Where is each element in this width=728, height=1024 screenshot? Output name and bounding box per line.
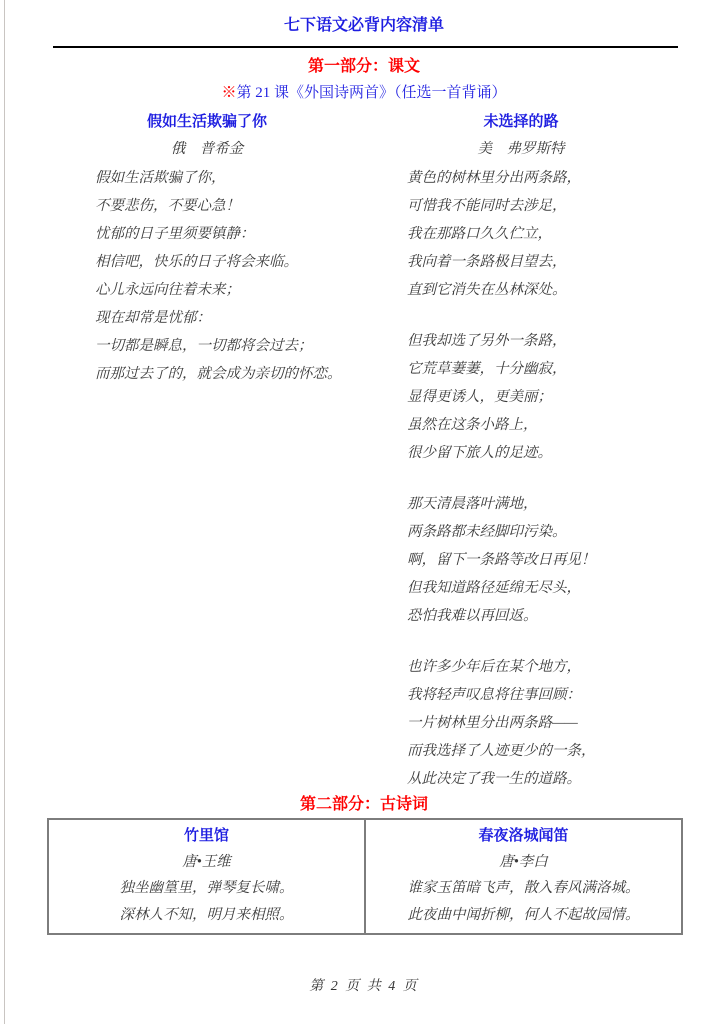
- poem-line: 但我知道路径延绵无尽头，: [407, 574, 678, 602]
- section2-heading: 第二部分：古诗词: [0, 795, 728, 815]
- poem-line: 而那过去了的，就会成为亲切的怀恋。: [95, 360, 364, 388]
- poem-column-right: 未选择的路 美 弗罗斯特 黄色的树林里分出两条路，可惜我不能同时去涉足，我在那路…: [364, 109, 678, 793]
- classical-poems-table: 竹里馆 唐•王维 独坐幽篁里，弹琴复长啸。深林人不知，明月来相照。 春夜洛城闻笛…: [47, 818, 683, 935]
- poem-line: 相信吧，快乐的日子将会来临。: [95, 248, 364, 276]
- poem-line: 心儿永远向往着未来；: [95, 276, 364, 304]
- gushi-left-author: 唐•王维: [49, 849, 364, 875]
- poem-line: 它荒草萋萋，十分幽寂，: [407, 355, 678, 383]
- poem-line: 显得更诱人，更美丽；: [407, 383, 678, 411]
- poem-line: 可惜我不能同时去涉足，: [407, 192, 678, 220]
- poem-left-stanza: 假如生活欺骗了你，不要悲伤，不要心急！忧郁的日子里须要镇静：相信吧，快乐的日子将…: [50, 164, 364, 388]
- document-title: 七下语文必背内容清单: [0, 0, 728, 36]
- poem-right-body: 黄色的树林里分出两条路，可惜我不能同时去涉足，我在那路口久久伫立，我向着一条路极…: [364, 164, 678, 793]
- page-number: 第 2 页 共 4 页: [0, 977, 728, 997]
- poem-left-title: 假如生活欺骗了你: [50, 109, 364, 135]
- poem-line: 从此决定了我一生的道路。: [407, 765, 678, 793]
- poem-line: 我向着一条路极目望去，: [407, 248, 678, 276]
- poem-line: 忧郁的日子里须要镇静：: [95, 220, 364, 248]
- poem-right-stanza-3: 那天清晨落叶满地，两条路都未经脚印污染。啊，留下一条路等改日再见！但我知道路径延…: [364, 490, 678, 630]
- poem-right-stanza-1: 黄色的树林里分出两条路，可惜我不能同时去涉足，我在那路口久久伫立，我向着一条路极…: [364, 164, 678, 304]
- poem-line: 那天清晨落叶满地，: [407, 490, 678, 518]
- asterisk-marker-icon: ※: [221, 85, 236, 101]
- gushi-left-lines: 独坐幽篁里，弹琴复长啸。深林人不知，明月来相照。: [49, 875, 364, 929]
- poem-line: 我在那路口久久伫立，: [407, 220, 678, 248]
- table-cell-chunyeluocheng: 春夜洛城闻笛 唐•李白 谁家玉笛暗飞声，散入春风满洛城。此夜曲中闻折柳，何人不起…: [365, 819, 682, 934]
- poem-line: 谁家玉笛暗飞声，散入春风满洛城。: [366, 875, 681, 902]
- poem-line: 恐怕我难以再回返。: [407, 602, 678, 630]
- poem-line: 不要悲伤，不要心急！: [95, 192, 364, 220]
- poem-line: 而我选择了人迹更少的一条，: [407, 737, 678, 765]
- poem-line: 很少留下旅人的足迹。: [407, 439, 678, 467]
- gushi-right-lines: 谁家玉笛暗飞声，散入春风满洛城。此夜曲中闻折柳，何人不起故园情。: [366, 875, 681, 929]
- poem-line: 啊，留下一条路等改日再见！: [407, 546, 678, 574]
- gushi-right-author: 唐•李白: [366, 849, 681, 875]
- poem-right-stanza-4: 也许多少年后在某个地方，我将轻声叹息将往事回顾：一片树林里分出两条路——而我选择…: [364, 653, 678, 793]
- poem-right-author: 美 弗罗斯特: [364, 135, 678, 163]
- poem-line: 但我却选了另外一条路，: [407, 327, 678, 355]
- poem-line: 我将轻声叹息将往事回顾：: [407, 681, 678, 709]
- poem-right-title: 未选择的路: [364, 109, 678, 135]
- poem-line: 一切都是瞬息，一切都将会过去；: [95, 332, 364, 360]
- poem-left-author: 俄 普希金: [50, 135, 364, 163]
- poem-line: 深林人不知，明月来相照。: [49, 902, 364, 929]
- table-row: 竹里馆 唐•王维 独坐幽篁里，弹琴复长啸。深林人不知，明月来相照。 春夜洛城闻笛…: [48, 819, 682, 934]
- gushi-left-title: 竹里馆: [49, 823, 364, 849]
- title-divider-rule: [53, 46, 678, 48]
- poem-line: 两条路都未经脚印污染。: [407, 518, 678, 546]
- poem-line: 也许多少年后在某个地方，: [407, 653, 678, 681]
- poem-line: 直到它消失在丛林深处。: [407, 276, 678, 304]
- lesson-subtitle-text: 第 21 课《外国诗两首》（任选一首背诵）: [237, 85, 507, 101]
- poem-line: 此夜曲中闻折柳，何人不起故园情。: [366, 902, 681, 929]
- poem-line: 假如生活欺骗了你，: [95, 164, 364, 192]
- poem-line: 独坐幽篁里，弹琴复长啸。: [49, 875, 364, 902]
- page-edge-line: [4, 0, 5, 1024]
- poems-two-column-section: 假如生活欺骗了你 俄 普希金 假如生活欺骗了你，不要悲伤，不要心急！忧郁的日子里…: [50, 109, 678, 793]
- poem-line: 现在却常是忧郁：: [95, 304, 364, 332]
- poem-right-stanza-2: 但我却选了另外一条路，它荒草萋萋，十分幽寂，显得更诱人，更美丽；虽然在这条小路上…: [364, 327, 678, 467]
- table-cell-zhuliguan: 竹里馆 唐•王维 独坐幽篁里，弹琴复长啸。深林人不知，明月来相照。: [48, 819, 365, 934]
- poem-column-left: 假如生活欺骗了你 俄 普希金 假如生活欺骗了你，不要悲伤，不要心急！忧郁的日子里…: [50, 109, 364, 793]
- poem-line: 一片树林里分出两条路——: [407, 709, 678, 737]
- poem-line: 黄色的树林里分出两条路，: [407, 164, 678, 192]
- poem-left-body: 假如生活欺骗了你，不要悲伤，不要心急！忧郁的日子里须要镇静：相信吧，快乐的日子将…: [50, 164, 364, 388]
- section1-heading: 第一部分：课文: [0, 57, 728, 77]
- gushi-right-title: 春夜洛城闻笛: [366, 823, 681, 849]
- poem-line: 虽然在这条小路上，: [407, 411, 678, 439]
- lesson-subtitle: ※第 21 课《外国诗两首》（任选一首背诵）: [0, 83, 728, 103]
